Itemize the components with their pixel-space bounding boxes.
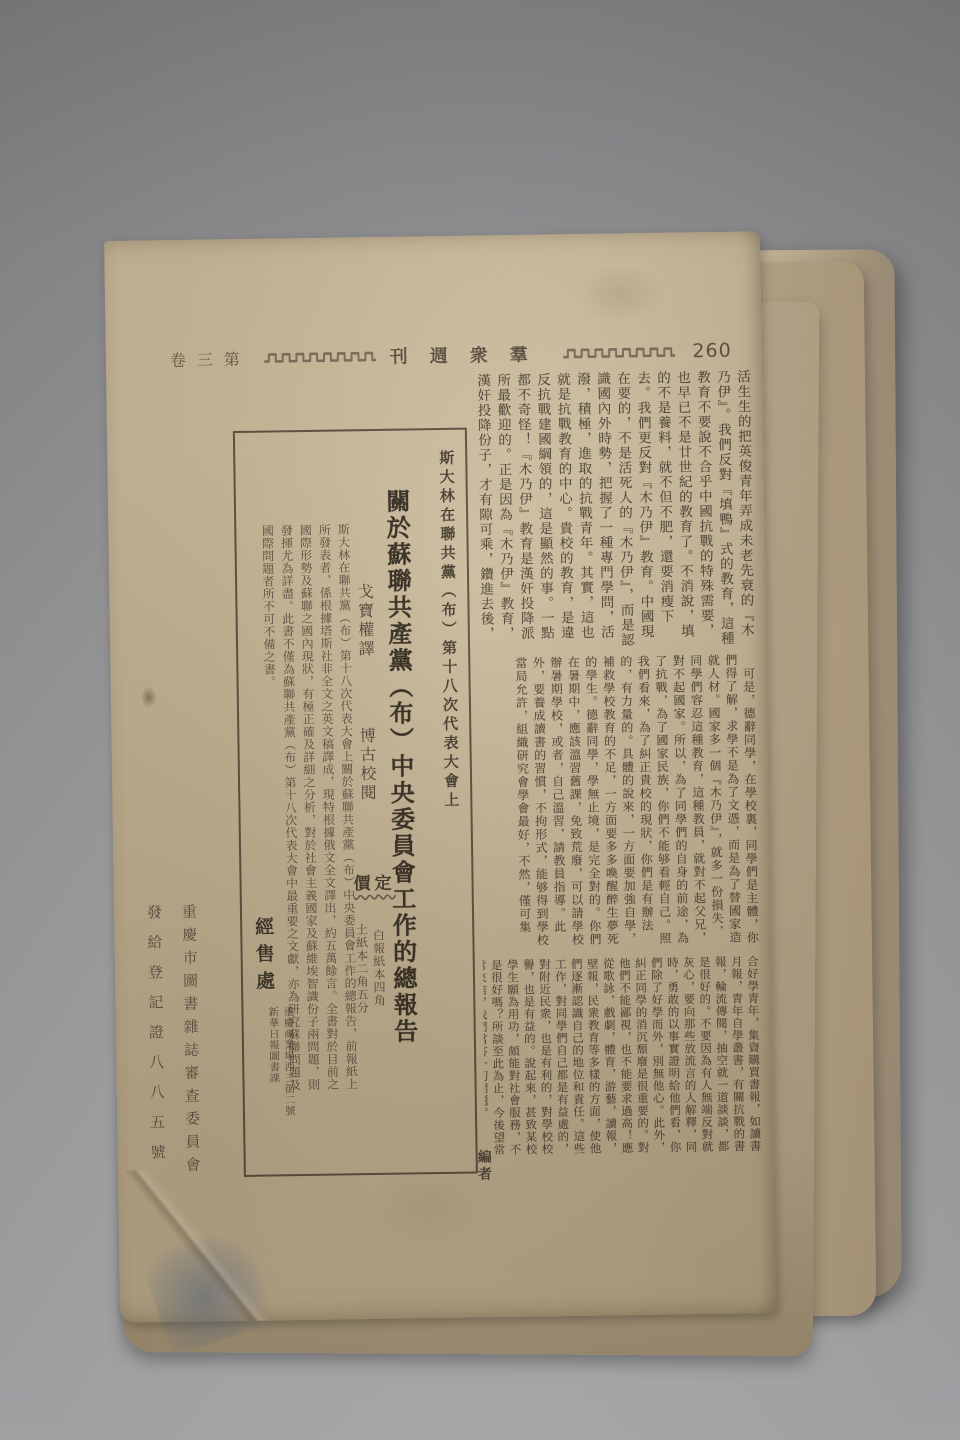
foxing-stain-2 [368,1165,489,1247]
ad-book-title: 關於蘇聯共產黨（布）中央委員會工作的總報告 [384,488,416,1045]
ad-seller-info: 重慶商業場西三街二號 新華日報圖書課 [249,1006,298,1177]
advertisement-box: 斯大林在聯共黨（布）第十八次代表大會上 關於蘇聯共產黨（布）中央委員會工作的總報… [233,428,478,1177]
paper-spot [141,686,157,708]
under-page-edge-1 [124,249,901,1302]
foxing-stain [574,263,665,324]
ad-price-options: 白報紙本四角 土紙本二角五分 [352,908,388,1028]
page-header: 卷三第 刊週衆羣 260 [170,334,732,376]
ink-stain [140,1223,278,1357]
ad-price-option-paper: 白報紙本四角 [369,908,388,1028]
ad-description: 斯大林在聯共黨（布）第十八次代表大會上關於蘇聯共產黨（布）中央委員會工作的總報告… [248,523,360,1096]
article-section-3: 合好學青年，集資購買書報，如讀書月報，青年自學叢書，有關抗戰的書報，輪流傳閱，抽… [483,955,764,1159]
under-page-edge-3 [123,298,819,1356]
zigzag-rule [263,349,378,365]
imprint-registration: 發給登記證八八五號 [144,904,169,1204]
ad-headline: 斯大林在聯共黨（布）第十八次代表大會上 [436,450,462,811]
imprint: 重慶市圖書雜誌審查委員會 發給登記證八八五號 [144,904,204,1205]
under-page-edge-2 [116,261,877,1324]
article-section-1: 活生生的把英俊青年弄成未老先衰的『木乃伊』。我們反對『填鴨』式的教育，這種教育不… [474,369,756,651]
article-section-2: 可是，德辭同學，在學校裏，同學們是主體，你們得了解，求學不是為了文憑，而是為了替… [478,653,760,953]
ad-seller-label: 經售處 [250,916,278,997]
imprint-censor-board: 重慶市圖書雜誌審查委員會 [179,904,204,1204]
ad-price-option-native-paper: 土紙本二角五分 [352,908,371,1028]
ad-seller-name: 新華日報圖書課 [265,1006,283,1176]
publication-title: 刊週衆羣 [389,340,549,368]
photo-background: 卷三第 刊週衆羣 260 活生生的把英俊青年弄成未老先衰的『木乃伊』。我們反對『… [0,0,960,1440]
ad-price-label: 價定 [343,869,405,895]
page-number: 260 [688,340,732,363]
volume-label: 卷三第 [170,346,251,370]
article-signature: 編者 [474,1149,495,1183]
ad-proofreader: 博古校閱 [357,727,377,803]
corner-crease [118,1169,270,1323]
magazine-page: 卷三第 刊週衆羣 260 活生生的把英俊青年弄成未老先衰的『木乃伊』。我們反對『… [104,231,776,1323]
ad-translator: 戈寶權譯 [355,583,375,659]
ad-credits: 戈寶權譯 博古校閱 [353,583,379,803]
ad-seller-address: 重慶商業場西三街二號 [280,1006,298,1176]
zigzag-rule [561,344,676,360]
ad-price-block: 價定 白報紙本四角 土紙本二角五分 [343,869,407,1029]
